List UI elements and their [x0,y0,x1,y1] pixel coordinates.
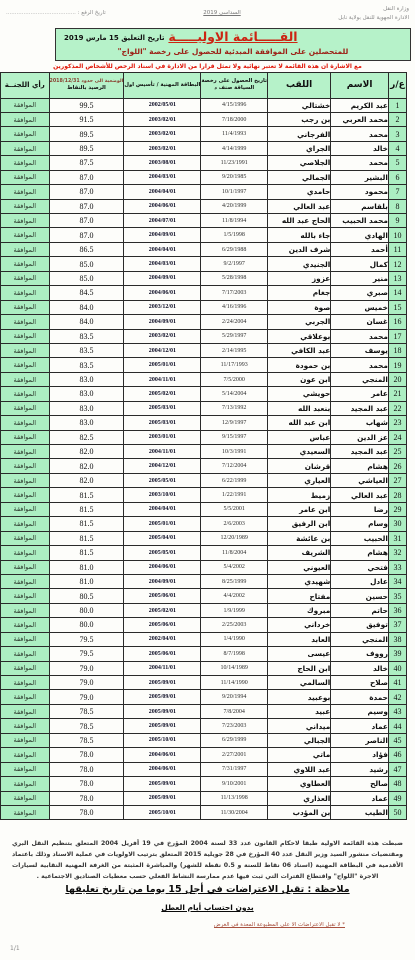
card-date-cell: 2004/04/01 [124,502,201,516]
surname-cell: بنعبد الله [267,401,330,415]
card-date-cell: 2003/02/01 [124,127,201,141]
row-number-cell: 17 [388,329,406,343]
name-cell: شهاب [331,416,389,430]
card-date-cell: 2005/09/01 [124,704,201,718]
name-cell: محمود [331,185,389,199]
surname-cell: الجمالي [267,170,330,184]
table-header: ع/ر الاسم اللقب تاريخ الحصول على رخصة ال… [1,72,407,98]
license-date-cell: 6/22/1999 [201,473,268,487]
opinion-cell: الموافقة [1,589,50,603]
score-cell: 79.0 [49,661,124,675]
surname-cell: ابن عون [267,372,330,386]
surname-cell: جاء بالله [267,228,330,242]
surname-cell: العذاري [267,791,330,805]
opinion-cell: الموافقة [1,156,50,170]
table-row: 30وسامابن الرفيق2/6/20032005/01/0181.5ال… [1,517,407,531]
score-cell: 78.0 [49,805,124,819]
name-cell: عبد الكريم [331,98,389,112]
score-cell: 82.0 [49,445,124,459]
name-cell: محمد [331,329,389,343]
license-date-cell: 10/1/1997 [201,185,268,199]
name-cell: هشام [331,546,389,560]
license-date-cell: 6/29/1999 [201,733,268,747]
name-cell: رشيد [331,762,389,776]
card-date-cell: 2003/02/01 [124,112,201,126]
opinion-cell: الموافقة [1,560,50,574]
surname-cell: خشتالي [267,98,330,112]
table-row: 37توفيقخرداني2/25/20032005/06/0180.0المو… [1,618,407,632]
license-date-cell: 11/23/1991 [201,156,268,170]
surname-cell: حامدي [267,185,330,199]
table-row: 40خالدابن الحاج10/14/19892004/11/0179.0ا… [1,661,407,675]
letterhead-line1: وزارة النقل [338,5,409,14]
surname-cell: ماتي [267,748,330,762]
license-date-cell: 4/16/1996 [201,300,268,314]
surname-cell: جغام [267,286,330,300]
row-number-cell: 3 [388,127,406,141]
row-number-cell: 50 [388,805,406,819]
table-row: 26هشامقرشان7/12/20042004/12/0182.0المواف… [1,459,407,473]
license-date-cell: 11/8/1994 [201,214,268,228]
name-cell: عماد [331,719,389,733]
surname-cell: بوعلاقي [267,329,330,343]
score-cell: 87.0 [49,214,124,228]
table-row: 9محمد الحبيبالحاج عبد الله11/8/19942004/… [1,214,407,228]
surname-cell: الجنيدي [267,257,330,271]
surname-cell: العطاوي [267,777,330,791]
card-date-cell: 2004/09/01 [124,228,201,242]
table-row: 19محمدبن حمودة11/17/19932005/01/0183.5ال… [1,358,407,372]
name-cell: محمد [331,156,389,170]
row-number-cell: 46 [388,748,406,762]
opinion-cell: الموافقة [1,141,50,155]
row-number-cell: 25 [388,445,406,459]
score-cell: 78.0 [49,791,124,805]
card-date-cell: 2003/10/01 [124,488,201,502]
name-cell: خميس [331,300,389,314]
license-date-cell: 1/4/1990 [201,632,268,646]
score-cell: 83.0 [49,372,124,386]
surname-cell: عباس [267,430,330,444]
surname-cell: شرف الدين [267,242,330,256]
surname-cell: عزوز [267,271,330,285]
row-number-cell: 42 [388,690,406,704]
row-number-cell: 48 [388,777,406,791]
license-date-cell: 9/2/1997 [201,257,268,271]
name-cell: فتحي [331,560,389,574]
posting-date: تاريخ التعليق 15 مارس 2019 [64,34,164,42]
card-date-cell: 2004/04/01 [124,242,201,256]
name-cell: وسام [331,517,389,531]
table-row: 18يوسفعبد الكافي2/14/19952004/12/0183.5ا… [1,343,407,357]
letterhead-period: السداسي 2019 [203,10,240,16]
surname-cell: قرشان [267,459,330,473]
score-cell: 83.0 [49,387,124,401]
row-number-cell: 35 [388,589,406,603]
opinion-cell: الموافقة [1,430,50,444]
surname-cell: بن المؤدب [267,805,330,819]
surname-cell: العياري [267,473,330,487]
license-date-cell: 5/14/2004 [201,387,268,401]
score-cell: 81.5 [49,488,124,502]
name-cell: عبد المجيد [331,445,389,459]
objections-note-text: ملاحظة : تقبل الاعتراضات في أجل 15 يوما … [65,884,349,895]
opinion-cell: الموافقة [1,777,50,791]
name-cell: خالد [331,661,389,675]
row-number-cell: 34 [388,574,406,588]
row-number-cell: 24 [388,430,406,444]
surname-cell: عبد اللاوي [267,762,330,776]
card-date-cell: 2004/06/01 [124,560,201,574]
opinion-cell: الموافقة [1,112,50,126]
header-score-line1: الوضعية الى حدود 2018/12/31 [50,79,124,85]
name-cell: محمد الحبيب [331,214,389,228]
scanned-document-page: وزارة النقل الادارة الجهوية للنقل بولاية… [0,0,415,960]
table-row: 6البشيرالجمالي9/20/19852004/03/0187.0الم… [1,170,407,184]
license-date-cell: 4/4/2002 [201,589,268,603]
license-date-cell: 9/20/1985 [201,170,268,184]
license-date-cell: 5/28/1998 [201,271,268,285]
license-date-cell: 2/24/2004 [201,315,268,329]
surname-cell: عبيد [267,704,330,718]
score-cell: 89.5 [49,141,124,155]
table-row: 48صالحالعطاوي9/10/20012005/09/0178.0المو… [1,777,407,791]
table-row: 45الناصرالجبالي6/29/19992005/10/0178.5ال… [1,733,407,747]
score-cell: 82.0 [49,459,124,473]
surname-cell: الجربي [267,315,330,329]
table-row: 23شهابابن عبد الله12/9/19972005/03/0183.… [1,416,407,430]
opinion-cell: الموافقة [1,618,50,632]
row-number-cell: 23 [388,416,406,430]
score-cell: 83.5 [49,329,124,343]
score-cell: 78.0 [49,777,124,791]
surname-cell: ابن الحاج [267,661,330,675]
license-date-cell: 11/30/2004 [201,805,268,819]
surname-cell: السالمي [267,676,330,690]
table-row: 46فؤادماتي2/27/20012004/06/0178.0الموافق… [1,748,407,762]
table-row: 5محمدالجلاصي11/23/19912003/08/0187.5المو… [1,156,407,170]
row-number-cell: 9 [388,214,406,228]
row-number-cell: 40 [388,661,406,675]
license-date-cell: 2/14/1995 [201,343,268,357]
letterhead: وزارة النقل الادارة الجهوية للنقل بولاية… [6,5,409,23]
table-row: 29رضاابن عامر5/5/20012004/04/0181.5الموا… [1,502,407,516]
card-date-cell: 2005/04/01 [124,531,201,545]
row-number-cell: 33 [388,560,406,574]
row-number-cell: 18 [388,343,406,357]
name-cell: غسان [331,315,389,329]
card-date-cell: 2004/03/01 [124,257,201,271]
opinion-cell: الموافقة [1,473,50,487]
row-number-cell: 7 [388,185,406,199]
letterhead-administration: وزارة النقل الادارة الجهوية للنقل بولاية… [338,5,409,23]
opinion-cell: الموافقة [1,690,50,704]
score-cell: 78.5 [49,733,124,747]
license-date-cell: 2/25/2003 [201,618,268,632]
card-date-cell: 2005/06/01 [124,618,201,632]
table-row: 32هشامالشريف11/8/20042005/05/0181.5الموا… [1,546,407,560]
surname-cell: عبد الكافي [267,343,330,357]
table-row: 47رشيدعبد اللاوي7/31/19972004/06/0178.0ا… [1,762,407,776]
license-date-cell: 2/6/2003 [201,517,268,531]
card-date-cell: 2004/09/01 [124,315,201,329]
surname-cell: السعيدي [267,445,330,459]
table-row: 27العياشيالعياري6/22/19992005/05/0182.0ا… [1,473,407,487]
license-date-cell: 4/14/1999 [201,141,268,155]
opinion-cell: الموافقة [1,199,50,213]
table-row: 49عمادالعذاري11/13/19982005/09/0178.0الم… [1,791,407,805]
surname-cell: بن عائشة [267,531,330,545]
opinion-cell: الموافقة [1,286,50,300]
opinion-cell: الموافقة [1,632,50,646]
header-professional-card: البطاقة المهنية / تأسيس اول [124,72,201,98]
name-cell: هشام [331,459,389,473]
surname-cell: شهيدي [267,574,330,588]
row-number-cell: 41 [388,676,406,690]
opinion-cell: الموافقة [1,762,50,776]
table-row: 15خميسصوة4/16/19962003/12/0184.0الموافقة [1,300,407,314]
name-cell: منير [331,271,389,285]
name-cell: الحبيب [331,531,389,545]
header-license-date: تاريخ الحصول على رخصة السياقة صنف د [201,72,268,98]
letterhead-removal-date-field: تاريخ الرفع : ..........................… [6,10,106,16]
card-date-cell: 2005/09/01 [124,676,201,690]
card-date-cell: 2002/04/01 [124,632,201,646]
surname-cell: ميداني [267,719,330,733]
surname-cell: مبروك [267,603,330,617]
license-date-cell: 9/10/2001 [201,777,268,791]
surname-cell: الشريف [267,546,330,560]
card-date-cell: 2003/08/01 [124,156,201,170]
opinion-cell: الموافقة [1,170,50,184]
table-row: 34عادلشهيدي8/25/19992004/09/0181.0المواف… [1,574,407,588]
license-date-cell: 7/12/2004 [201,459,268,473]
table-row: 22عبد المجيدبنعبد الله7/13/19922005/03/0… [1,401,407,415]
row-number-cell: 31 [388,531,406,545]
name-cell: حسين [331,589,389,603]
table-row: 14صبريجغام7/17/20032004/06/0184.5الموافق… [1,286,407,300]
surname-cell: خرداني [267,618,330,632]
license-date-cell: 7/5/2000 [201,372,268,386]
opinion-cell: الموافقة [1,603,50,617]
card-date-cell: 2004/11/01 [124,661,201,675]
table-row: 39رووفعيسى8/7/19982005/06/0179.5الموافقة [1,647,407,661]
header-score: الوضعية الى حدود 2018/12/31 الرصيد بالنق… [49,72,124,98]
opinion-cell: الموافقة [1,676,50,690]
card-date-cell: 2005/09/01 [124,791,201,805]
row-number-cell: 45 [388,733,406,747]
name-cell: الطيب [331,805,389,819]
license-date-cell: 7/17/2003 [201,286,268,300]
table-row: 38المنجيالعابد1/4/19902002/04/0179.5المو… [1,632,407,646]
row-number-cell: 26 [388,459,406,473]
opinion-cell: الموافقة [1,329,50,343]
surname-cell: حويشي [267,387,330,401]
name-cell: الهادي [331,228,389,242]
holidays-note: بدون احتساب أيام العطل [0,903,415,912]
score-cell: 78.0 [49,748,124,762]
score-cell: 84.0 [49,315,124,329]
header-license-line2: السياقة صنف د [201,85,267,92]
row-number-cell: 19 [388,358,406,372]
license-date-cell: 11/8/2004 [201,546,268,560]
row-number-cell: 47 [388,762,406,776]
name-cell: عامر [331,387,389,401]
score-cell: 81.0 [49,574,124,588]
license-date-cell: 9/20/1994 [201,690,268,704]
surname-cell: بن رجب [267,112,330,126]
name-cell: فؤاد [331,748,389,762]
score-cell: 81.0 [49,560,124,574]
name-cell: خالد [331,141,389,155]
card-date-cell: 2005/05/01 [124,473,201,487]
name-cell: البشير [331,170,389,184]
table-row: 21عامرحويشي5/14/20042005/02/0183.0المواف… [1,387,407,401]
license-date-cell: 6/29/1988 [201,242,268,256]
surname-cell: بوعبيد [267,690,330,704]
license-date-cell: 1/5/1998 [201,228,268,242]
score-cell: 80.0 [49,618,124,632]
name-cell: عبد العالي [331,488,389,502]
opinion-cell: الموافقة [1,343,50,357]
name-cell: صالح [331,777,389,791]
page-number: 1/1 [10,945,20,952]
surname-cell: مفتاح [267,589,330,603]
opinion-cell: الموافقة [1,791,50,805]
table-row: 44عمادميداني7/23/20032005/09/0178.5الموا… [1,719,407,733]
opinion-cell: الموافقة [1,372,50,386]
row-number-cell: 37 [388,618,406,632]
license-date-cell: 10/3/1991 [201,445,268,459]
score-cell: 82.5 [49,430,124,444]
surname-cell: ابن الرفيق [267,517,330,531]
card-date-cell: 2005/06/01 [124,647,201,661]
row-number-cell: 28 [388,488,406,502]
score-cell: 87.5 [49,156,124,170]
row-number-cell: 11 [388,242,406,256]
row-number-cell: 8 [388,199,406,213]
table-row: 28عبد العاليزميط1/22/19912003/10/0181.5ا… [1,488,407,502]
opinion-cell: الموافقة [1,185,50,199]
surname-cell: العيوني [267,560,330,574]
name-cell: محمد [331,127,389,141]
row-number-cell: 5 [388,156,406,170]
document-subtitle: للمتحصلين على الموافقة المبدئية للحصول ع… [56,47,410,56]
row-number-cell: 21 [388,387,406,401]
opinion-cell: الموافقة [1,271,50,285]
score-cell: 83.0 [49,416,124,430]
opinion-cell: الموافقة [1,257,50,271]
legal-basis-paragraph: ضبطت هذه القائمة الاولية طبقا لاحكام الق… [12,838,403,883]
table-row: 41صلاحالسالمي11/14/19902005/09/0179.0الم… [1,676,407,690]
card-date-cell: 2004/09/01 [124,271,201,285]
row-number-cell: 13 [388,271,406,285]
score-cell: 87.0 [49,199,124,213]
card-date-cell: 2005/01/01 [124,517,201,531]
score-cell: 78.5 [49,704,124,718]
score-cell: 83.5 [49,358,124,372]
opinion-cell: الموافقة [1,228,50,242]
table-row: 8بلقاسمعبد العالي4/20/19992004/06/0187.0… [1,199,407,213]
row-number-cell: 14 [388,286,406,300]
header-committee-opinion: رأي اللجنــة [1,72,50,98]
card-date-cell: 2005/01/01 [124,358,201,372]
score-cell: 84.0 [49,300,124,314]
card-date-cell: 2005/09/01 [124,777,201,791]
table-body: 1عبد الكريمخشتالي4/15/19962002/05/0199.5… [1,98,407,820]
card-date-cell: 2005/06/01 [124,589,201,603]
row-number-cell: 43 [388,704,406,718]
opinion-cell: الموافقة [1,748,50,762]
score-cell: 91.5 [49,112,124,126]
card-date-cell: 2004/06/01 [124,762,201,776]
score-cell: 78.5 [49,719,124,733]
row-number-cell: 2 [388,112,406,126]
score-cell: 81.5 [49,531,124,545]
table-row: 42حمدةبوعبيد9/20/19942005/09/0179.0الموا… [1,690,407,704]
row-number-cell: 4 [388,141,406,155]
license-date-cell: 11/14/1990 [201,676,268,690]
card-date-cell: 2004/06/01 [124,199,201,213]
row-number-cell: 20 [388,372,406,386]
card-date-cell: 2004/04/01 [124,185,201,199]
row-number-cell: 6 [388,170,406,184]
candidates-table: ع/ر الاسم اللقب تاريخ الحصول على رخصة ال… [0,72,407,821]
surname-cell: الجراي [267,141,330,155]
license-date-cell: 8/25/1999 [201,574,268,588]
table-row: 4خالدالجراي4/14/19992003/02/0189.5المواف… [1,141,407,155]
name-cell: يوسف [331,343,389,357]
table-row: 31الحبيببن عائشة12/20/19892005/04/0181.5… [1,531,407,545]
opinion-cell: الموافقة [1,704,50,718]
card-date-cell: 2005/03/01 [124,401,201,415]
table-row: 20المنجيابن عون7/5/20002004/11/0183.0الم… [1,372,407,386]
score-cell: 83.0 [49,401,124,415]
license-date-cell: 5/29/1997 [201,329,268,343]
card-date-cell: 2004/07/01 [124,214,201,228]
table-row: 33فتحيالعيوني5/4/20022004/06/0181.0الموا… [1,560,407,574]
table-row: 11أحمدشرف الدين6/29/19882004/04/0186.5ال… [1,242,407,256]
table-header-row: ع/ر الاسم اللقب تاريخ الحصول على رخصة ال… [1,72,407,98]
license-date-cell: 7/8/2004 [201,704,268,718]
score-cell: 83.5 [49,343,124,357]
license-date-cell: 7/23/2003 [201,719,268,733]
surname-cell: الحاج عبد الله [267,214,330,228]
row-number-cell: 12 [388,257,406,271]
name-cell: رضا [331,502,389,516]
opinion-cell: الموافقة [1,127,50,141]
row-number-cell: 38 [388,632,406,646]
score-cell: 87.0 [49,185,124,199]
table-row: 16غسانالجربي2/24/20042004/09/0184.0الموا… [1,315,407,329]
card-date-cell: 2003/12/01 [124,300,201,314]
card-date-cell: 2003/02/01 [124,329,201,343]
card-date-cell: 2004/03/01 [124,170,201,184]
title-box: تاريخ التعليق 15 مارس 2019 القـــــائمة … [55,28,411,61]
license-date-cell: 7/13/1992 [201,401,268,415]
card-date-cell: 2005/02/01 [124,387,201,401]
row-number-cell: 44 [388,719,406,733]
opinion-cell: الموافقة [1,315,50,329]
name-cell: رووف [331,647,389,661]
score-cell: 86.5 [49,242,124,256]
header-name: الاسم [331,72,389,98]
surname-cell: الجلاصي [267,156,330,170]
name-cell: وسيم [331,704,389,718]
surname-cell: عبد العالي [267,199,330,213]
table-row: 12كمالالجنيدي9/2/19972004/03/0185.0الموا… [1,257,407,271]
opinion-cell: الموافقة [1,98,50,112]
